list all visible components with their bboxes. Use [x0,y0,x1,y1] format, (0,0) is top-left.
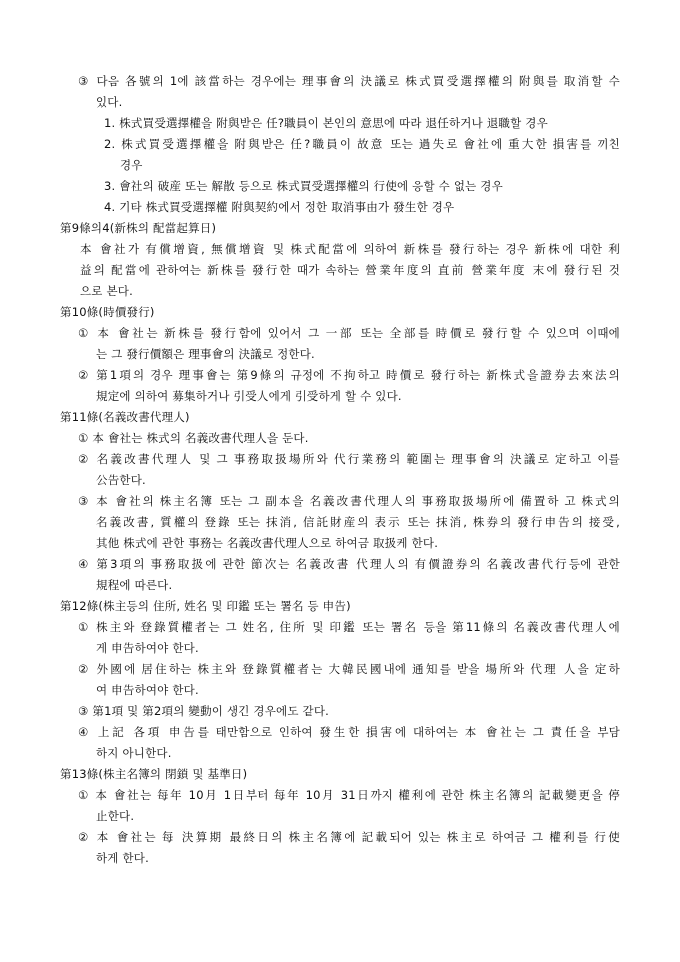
numbered-item: 1. 株式買受選擇權을 附與받은 任?職員이 본인의 意思에 따라 退任하거나 … [104,116,548,130]
clause-item: ③ 第1項 및 第2項의 變動이 생긴 경우에도 같다. [78,704,329,718]
continuation-line: 하게 한다. [96,851,149,865]
continuation-line: 있다. [96,95,122,109]
clause-item: ① 本 會社는 株式의 名義改書代理人을 둔다. [78,431,309,445]
clause-item: ② 名義改書代理人 및 그 事務取扱場所와 代行業務의 範圍는 理事會의 決議로… [78,452,620,466]
clause-item: ① 株主와 登錄質權者는 그 姓名, 住所 및 印鑑 또는 署名 등을 第11條… [78,620,620,634]
article-heading: 第9條의4(新株의 配當起算日) [60,221,216,235]
continuation-line: 本 會社가 有償增資, 無償增資 및 株式配當에 의하여 新株를 發行하는 경우… [80,242,620,256]
continuation-line: 規程에 따른다. [96,578,172,592]
article-heading: 第10條(時價發行) [60,305,155,319]
article-heading: 第11條(名義改書代理人) [60,410,190,424]
continuation-line: 名義改書, 質權의 登錄 또는 抹消, 信託財産의 表示 또는 抹消, 株券의 … [96,515,620,529]
article-heading: 第12條(株主등의 住所, 姓名 및 印鑑 또는 署名 등 申告) [60,599,351,613]
document-page: ③ 다음 各號의 1에 該當하는 경우에는 理事會의 決議로 株式買受選擇權의 … [0,0,680,962]
numbered-item: 2. 株式買受選擇權을 附與받은 任?職員이 故意 또는 過失로 會社에 重大한… [104,137,620,151]
numbered-item: 4. 기타 株式買受選擇權 附與契約에서 정한 取消事由가 發生한 경우 [104,200,454,214]
clause-item: ② 外國에 居住하는 株主와 登錄質權者는 大韓民國내에 通知를 받을 場所와 … [78,662,620,676]
clause-item: ④ 第3項의 事務取扱에 관한 節次는 名義改書 代理人의 有價證券의 名義改書… [78,557,620,571]
clause-item: ① 本 會社는 每年 10月 1日부터 每年 10月 31日까지 權利에 관한 … [78,788,620,802]
continuation-line: 는 그 發行價額은 理事會의 決議로 정한다. [96,347,315,361]
continuation-line: 게 申告하여야 한다. [96,641,199,655]
continuation-line: 公告한다. [96,473,146,487]
clause-item: ③ 本 會社의 株主名簿 또는 그 副本을 名義改書代理人의 事務取扱場所에 備… [78,494,620,508]
clause-item: ② 本 會社는 每 決算期 最終日의 株主名簿에 記載되어 있는 株主로 하여금… [78,830,620,844]
clause-item: ③ 다음 各號의 1에 該當하는 경우에는 理事會의 決議로 株式買受選擇權의 … [78,74,620,88]
numbered-item: 3. 會社의 破産 또는 解散 등으로 株式買受選擇權의 行使에 응할 수 없는… [104,179,503,193]
continuation-line: 規定에 의하여 募集하거나 引受人에게 引受하게 할 수 있다. [96,389,402,403]
clause-item: ② 第1項의 경우 理事會는 第9條의 규정에 不拘하고 時價로 發行하는 新株… [78,368,620,382]
article-heading: 第13條(株主名簿의 閉鎖 및 基準日) [60,767,247,781]
continuation-line: 경우 [120,158,143,172]
continuation-line: 하지 아니한다. [96,746,172,760]
clause-item: ① 本 會社는 新株를 發行함에 있어서 그 一部 또는 全部를 時價로 發行할… [78,326,620,340]
continuation-line: 여 申告하여야 한다. [96,683,199,697]
continuation-line: 其他 株式에 관한 事務는 名義改書代理人으로 하여금 取扱케 한다. [96,536,438,550]
continuation-line: 益의 配當에 관하여는 新株를 發行한 때가 속하는 營業年度의 直前 營業年度… [80,263,620,277]
clause-item: ④ 上記 各項 申告를 태만함으로 인하여 發生한 損害에 대하여는 本 會社는… [78,725,620,739]
continuation-line: 으로 본다. [80,284,133,298]
continuation-line: 止한다. [96,809,134,823]
